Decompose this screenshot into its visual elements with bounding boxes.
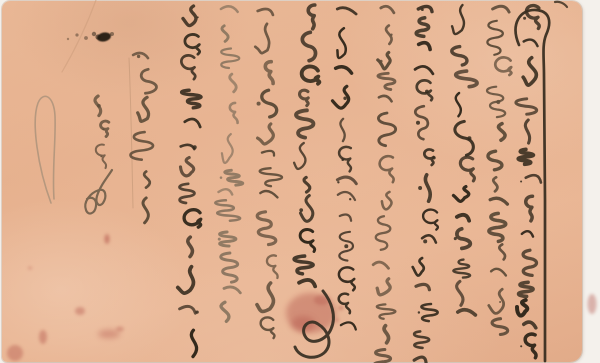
ink-stroke bbox=[183, 6, 196, 26]
edge-tick bbox=[555, 2, 567, 7]
ink-stroke bbox=[221, 253, 238, 282]
ink-stroke bbox=[294, 143, 305, 169]
script-column-5 bbox=[255, 9, 282, 338]
ink-stroke bbox=[523, 58, 536, 85]
ink-stroke bbox=[299, 280, 315, 286]
ink-dot bbox=[423, 239, 427, 243]
ink-stroke bbox=[339, 267, 355, 290]
ink-dot bbox=[349, 198, 351, 200]
ink-stroke bbox=[180, 158, 193, 176]
ink-stroke bbox=[261, 317, 275, 338]
scan-background bbox=[0, 0, 600, 363]
ink-stroke bbox=[421, 304, 437, 321]
ink-stroke bbox=[524, 40, 538, 47]
ink-dot bbox=[467, 136, 471, 140]
ink-stroke bbox=[258, 124, 274, 144]
ink-dot bbox=[218, 238, 221, 241]
ink-stroke bbox=[260, 168, 282, 186]
ink-dot bbox=[97, 104, 101, 108]
ink-stroke bbox=[262, 90, 277, 117]
ink-stroke bbox=[415, 66, 433, 73]
ink-stroke bbox=[262, 151, 274, 156]
ink-stroke bbox=[489, 213, 506, 241]
ink-stroke bbox=[458, 310, 476, 315]
ink-stroke bbox=[416, 284, 429, 289]
ink-stroke bbox=[518, 149, 533, 164]
script-column-8 bbox=[373, 6, 395, 363]
ink-stroke bbox=[304, 177, 310, 192]
ink-dot bbox=[523, 17, 526, 20]
ink-stroke bbox=[185, 119, 200, 127]
ink-stroke bbox=[138, 97, 149, 121]
ink-stroke bbox=[488, 151, 502, 170]
ink-stroke bbox=[341, 322, 356, 329]
ink-stroke bbox=[179, 184, 194, 203]
script-column-2 bbox=[130, 53, 156, 223]
ink-stroke bbox=[489, 289, 504, 313]
ink-stroke bbox=[257, 283, 273, 311]
pencil-loop bbox=[35, 96, 55, 203]
ink-stroke bbox=[267, 255, 278, 278]
ink-stroke bbox=[498, 124, 505, 141]
ink-stroke bbox=[414, 357, 426, 363]
ink-dot bbox=[454, 237, 457, 240]
ink-stroke bbox=[133, 53, 148, 58]
ink-dot bbox=[197, 16, 199, 18]
ink-stroke bbox=[340, 119, 344, 141]
ink-stroke bbox=[302, 66, 320, 83]
ink-stroke bbox=[215, 200, 240, 220]
red-stain bbox=[39, 330, 47, 344]
ink-dot bbox=[390, 34, 392, 36]
ink-dot bbox=[432, 156, 435, 159]
handwriting-layer bbox=[0, 0, 600, 363]
ink-stroke bbox=[300, 196, 312, 222]
ink-stroke bbox=[524, 322, 536, 328]
ink-dot bbox=[100, 156, 102, 158]
ink-stroke bbox=[419, 43, 430, 50]
ink-stroke bbox=[418, 6, 432, 11]
ink-stroke bbox=[517, 300, 527, 316]
ink-stroke bbox=[452, 47, 467, 65]
ink-stroke bbox=[452, 5, 464, 34]
ink-dot bbox=[418, 311, 420, 313]
red-stain bbox=[339, 306, 344, 310]
script-column-7 bbox=[333, 8, 357, 330]
ink-dot bbox=[520, 180, 522, 182]
ink-dot bbox=[344, 244, 348, 248]
ink-stroke bbox=[337, 177, 356, 184]
smudge-speckle bbox=[67, 38, 69, 40]
margin-rule bbox=[516, 10, 550, 361]
ink-stroke bbox=[260, 191, 277, 197]
ink-dot bbox=[496, 100, 500, 104]
ink-dot bbox=[337, 181, 339, 183]
ink-stroke bbox=[460, 157, 474, 181]
script-column-10 bbox=[452, 5, 477, 315]
ink-stroke bbox=[423, 210, 438, 230]
ink-stroke bbox=[255, 24, 269, 53]
ink-dot bbox=[195, 310, 198, 313]
ink-dot bbox=[418, 186, 422, 190]
ink-dot bbox=[343, 97, 347, 101]
ink-dot bbox=[341, 158, 344, 161]
ink-stroke bbox=[456, 93, 461, 116]
ink-stroke bbox=[185, 34, 200, 54]
ink-stroke bbox=[519, 282, 534, 296]
ink-stroke bbox=[416, 18, 428, 37]
ink-stroke bbox=[144, 172, 150, 188]
ink-stroke bbox=[378, 113, 395, 146]
red-stain bbox=[75, 307, 85, 315]
red-stain bbox=[588, 294, 597, 314]
paper-crease bbox=[62, 0, 96, 72]
ink-stroke bbox=[221, 6, 238, 12]
ink-stroke bbox=[221, 302, 229, 321]
ink-stroke bbox=[523, 250, 536, 275]
ink-stroke bbox=[222, 134, 233, 163]
ink-stroke bbox=[265, 62, 273, 84]
ink-stroke bbox=[180, 306, 196, 313]
ink-stroke bbox=[230, 103, 238, 123]
ink-stroke bbox=[425, 175, 430, 201]
ink-stroke bbox=[101, 121, 109, 136]
ink-stroke bbox=[130, 132, 153, 160]
ink-stroke bbox=[141, 69, 156, 93]
ink-stroke bbox=[181, 55, 195, 79]
ink-stroke bbox=[492, 319, 508, 335]
ink-stroke bbox=[178, 267, 194, 293]
script-column-4 bbox=[215, 6, 242, 321]
red-stain bbox=[104, 234, 109, 244]
script-column-3 bbox=[178, 6, 201, 357]
ink-stroke bbox=[300, 90, 309, 105]
smudge-speckle bbox=[75, 33, 78, 36]
ink-stroke bbox=[377, 279, 390, 295]
ink-stroke bbox=[143, 198, 148, 223]
ink-stroke bbox=[454, 187, 469, 202]
ink-stroke bbox=[381, 6, 394, 13]
ink-stroke bbox=[376, 216, 391, 250]
ink-dot bbox=[220, 176, 223, 179]
ink-stroke bbox=[456, 71, 477, 87]
ink-dot bbox=[137, 55, 140, 58]
ink-stroke bbox=[374, 350, 390, 363]
ink-stroke bbox=[188, 237, 193, 257]
ink-stroke bbox=[525, 334, 536, 358]
red-stain bbox=[98, 330, 120, 339]
ink-dot bbox=[103, 128, 105, 130]
ink-dot bbox=[193, 145, 197, 149]
ink-stroke bbox=[525, 120, 529, 143]
ink-stroke bbox=[296, 110, 313, 137]
red-stain bbox=[116, 327, 124, 332]
ink-stroke bbox=[526, 175, 541, 182]
ink-stroke bbox=[302, 32, 315, 60]
ink-stroke bbox=[230, 74, 237, 92]
ink-dot bbox=[299, 208, 303, 212]
ink-stroke bbox=[378, 52, 390, 69]
ink-stroke bbox=[338, 192, 355, 200]
ink-stroke bbox=[384, 326, 388, 343]
ink-dot bbox=[499, 301, 501, 303]
ink-stroke bbox=[181, 145, 195, 149]
smudge-speckle bbox=[92, 32, 96, 36]
ink-stroke bbox=[225, 170, 243, 185]
script-column-1 bbox=[95, 96, 109, 168]
smudge-speckle bbox=[84, 36, 88, 40]
ink-dot bbox=[520, 345, 522, 347]
ink-dot bbox=[257, 102, 261, 106]
ink-stroke bbox=[258, 9, 273, 15]
ink-stroke bbox=[516, 99, 537, 114]
ink-stroke bbox=[339, 294, 350, 314]
script-column-11 bbox=[487, 6, 511, 334]
ink-smudge bbox=[96, 31, 112, 43]
ink-stroke bbox=[222, 26, 228, 42]
script-column-9 bbox=[413, 6, 438, 363]
ink-stroke bbox=[294, 256, 313, 274]
ink-stroke bbox=[457, 229, 470, 249]
ink-stroke bbox=[413, 258, 424, 275]
ink-stroke bbox=[379, 96, 392, 102]
ink-stroke bbox=[224, 287, 240, 293]
ink-dot bbox=[380, 60, 383, 63]
red-stain bbox=[7, 345, 23, 361]
ink-stroke bbox=[337, 8, 356, 14]
ink-stroke bbox=[219, 189, 233, 194]
ink-stroke bbox=[221, 49, 239, 69]
paper-crease bbox=[129, 58, 133, 208]
ink-stroke bbox=[417, 80, 432, 100]
ink-stroke bbox=[424, 149, 433, 165]
ink-stroke bbox=[336, 67, 352, 73]
ink-stroke bbox=[487, 21, 502, 55]
ink-dot bbox=[416, 121, 420, 125]
ink-stroke bbox=[457, 215, 469, 221]
ink-stroke bbox=[337, 28, 345, 58]
ink-stroke bbox=[490, 198, 507, 204]
ink-stroke bbox=[300, 229, 315, 251]
ink-stroke bbox=[457, 281, 463, 305]
ink-stroke bbox=[493, 6, 510, 12]
script-column-12 bbox=[516, 6, 541, 358]
ink-stroke bbox=[453, 260, 470, 278]
ink-stroke bbox=[340, 215, 351, 221]
ink-stroke bbox=[382, 192, 392, 209]
ink-stroke bbox=[257, 212, 276, 245]
ink-stroke bbox=[308, 5, 315, 29]
ink-stroke bbox=[378, 73, 395, 89]
ink-stroke bbox=[380, 156, 394, 182]
script-column-6 bbox=[294, 5, 319, 286]
ink-stroke bbox=[184, 210, 201, 227]
ink-stroke bbox=[220, 232, 236, 246]
ink-stroke bbox=[526, 196, 533, 221]
ink-stroke bbox=[493, 177, 497, 191]
ink-stroke bbox=[491, 269, 506, 276]
signature-tail bbox=[85, 170, 112, 213]
ink-stroke bbox=[339, 147, 351, 172]
ink-stroke bbox=[373, 262, 388, 268]
ink-stroke bbox=[487, 87, 505, 117]
ink-stroke bbox=[495, 57, 511, 75]
ink-stroke bbox=[499, 244, 505, 259]
ink-stroke bbox=[522, 231, 533, 236]
red-stain bbox=[28, 267, 32, 270]
ink-dot bbox=[425, 90, 429, 94]
ink-stroke bbox=[182, 90, 201, 108]
red-stain bbox=[335, 318, 338, 321]
ink-stroke bbox=[414, 331, 429, 348]
ink-stroke bbox=[191, 330, 196, 356]
ink-stroke bbox=[377, 304, 396, 318]
ink-dot bbox=[421, 8, 424, 11]
